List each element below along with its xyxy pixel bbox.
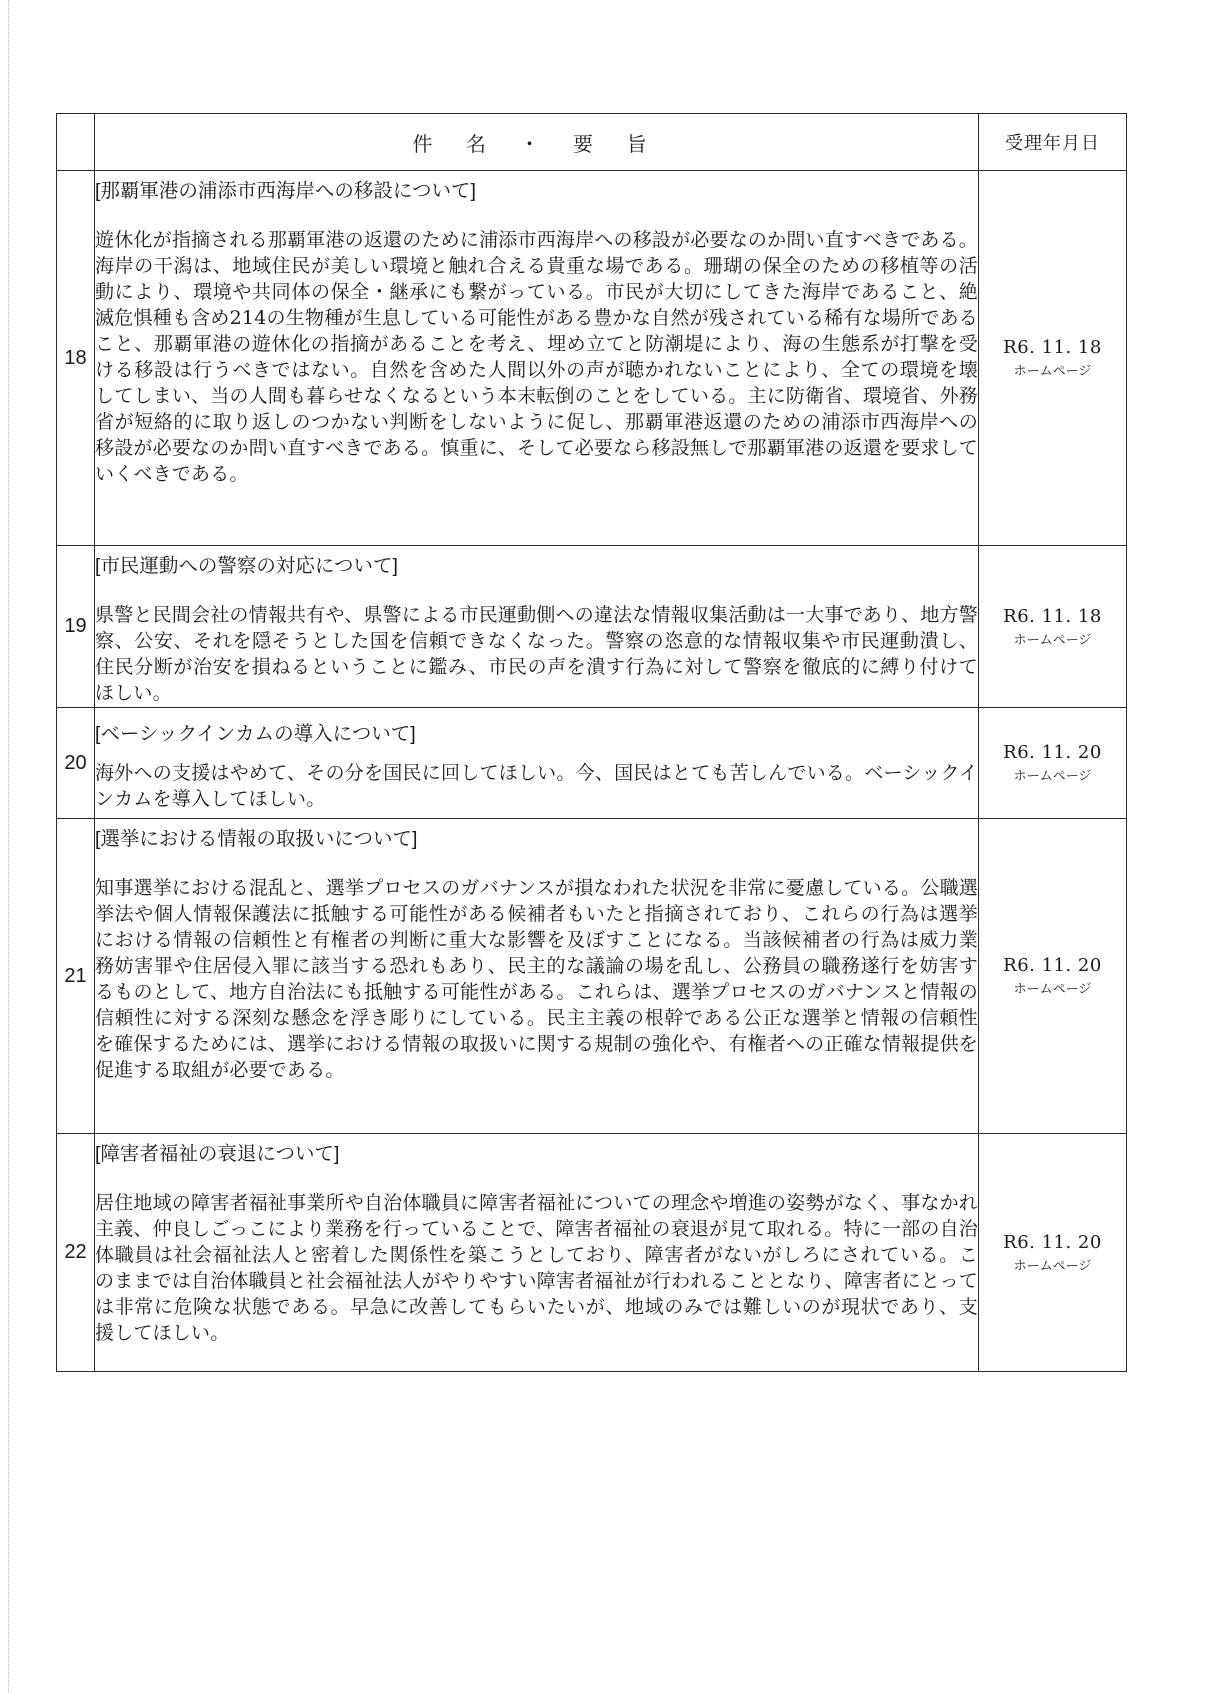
received-date: R6. 11. 20 (979, 955, 1126, 976)
row-content: [障害者福祉の衰退について] 居住地域の障害者福祉事業所や自治体職員に障害者福祉… (95, 1134, 979, 1372)
received-date: R6. 11. 20 (979, 742, 1126, 763)
table-row: 19 [市民運動への警察の対応について] 県警と民間会社の情報共有や、県警による… (57, 546, 1127, 708)
row-date-cell: R6. 11. 18 ホームページ (979, 171, 1127, 546)
table-row: 22 [障害者福祉の衰退について] 居住地域の障害者福祉事業所や自治体職員に障害… (57, 1134, 1127, 1372)
row-number: 22 (57, 1134, 95, 1372)
row-content: [選挙における情報の取扱いについて] 知事選挙における混乱と、選挙プロセスのガバ… (95, 819, 979, 1134)
petition-summary: 知事選挙における混乱と、選挙プロセスのガバナンスが損なわれた状況を非常に憂慮して… (95, 875, 978, 1083)
row-content: [市民運動への警察の対応について] 県警と民間会社の情報共有や、県警による市民運… (95, 546, 979, 708)
received-date: R6. 11. 18 (979, 337, 1126, 358)
petition-table: 件 名 ・ 要 旨 受理年月日 18 [那覇軍港の浦添市西海岸への移設について]… (56, 113, 1127, 1372)
petition-summary: 居住地域の障害者福祉事業所や自治体職員に障害者福祉についての理念や増進の姿勢がな… (95, 1190, 978, 1346)
received-source: ホームページ (979, 1255, 1126, 1274)
header-number (57, 114, 95, 171)
received-source: ホームページ (979, 765, 1126, 784)
row-date-cell: R6. 11. 18 ホームページ (979, 546, 1127, 708)
petition-title: [那覇軍港の浦添市西海岸への移設について] (95, 175, 978, 203)
received-date: R6. 11. 20 (979, 1232, 1126, 1253)
petition-summary: 海外への支援はやめて、その分を国民に回してほしい。今、国民はとても苦しんでいる。… (95, 760, 978, 812)
row-content: [那覇軍港の浦添市西海岸への移設について] 遊休化が指摘される那覇軍港の返還のた… (95, 171, 979, 546)
row-number: 21 (57, 819, 95, 1134)
received-source: ホームページ (979, 629, 1126, 648)
row-date-cell: R6. 11. 20 ホームページ (979, 1134, 1127, 1372)
petition-summary: 県警と民間会社の情報共有や、県警による市民運動側への違法な情報収集活動は一大事で… (95, 602, 978, 706)
petition-title: [ベーシックインカムの導入について] (95, 718, 978, 746)
petition-title: [障害者福祉の衰退について] (95, 1138, 978, 1166)
petition-summary: 遊休化が指摘される那覇軍港の返還のために浦添市西海岸への移設が必要なのか問い直す… (95, 227, 978, 487)
row-number: 18 (57, 171, 95, 546)
scan-page-edge (0, 0, 9, 1693)
table-header-row: 件 名 ・ 要 旨 受理年月日 (57, 114, 1127, 171)
row-number: 19 (57, 546, 95, 708)
received-source: ホームページ (979, 360, 1126, 379)
row-date-cell: R6. 11. 20 ホームページ (979, 708, 1127, 819)
petition-title: [市民運動への警察の対応について] (95, 550, 978, 578)
table-row: 20 [ベーシックインカムの導入について] 海外への支援はやめて、その分を国民に… (57, 708, 1127, 819)
row-number: 20 (57, 708, 95, 819)
header-subject: 件 名 ・ 要 旨 (95, 114, 979, 171)
table-row: 18 [那覇軍港の浦添市西海岸への移設について] 遊休化が指摘される那覇軍港の返… (57, 171, 1127, 546)
received-source: ホームページ (979, 978, 1126, 997)
header-subject-label: 件 名 ・ 要 旨 (412, 134, 660, 156)
received-date: R6. 11. 18 (979, 606, 1126, 627)
table-row: 21 [選挙における情報の取扱いについて] 知事選挙における混乱と、選挙プロセス… (57, 819, 1127, 1134)
row-content: [ベーシックインカムの導入について] 海外への支援はやめて、その分を国民に回して… (95, 708, 979, 819)
row-date-cell: R6. 11. 20 ホームページ (979, 819, 1127, 1134)
header-received-date: 受理年月日 (979, 114, 1127, 171)
petition-title: [選挙における情報の取扱いについて] (95, 823, 978, 851)
